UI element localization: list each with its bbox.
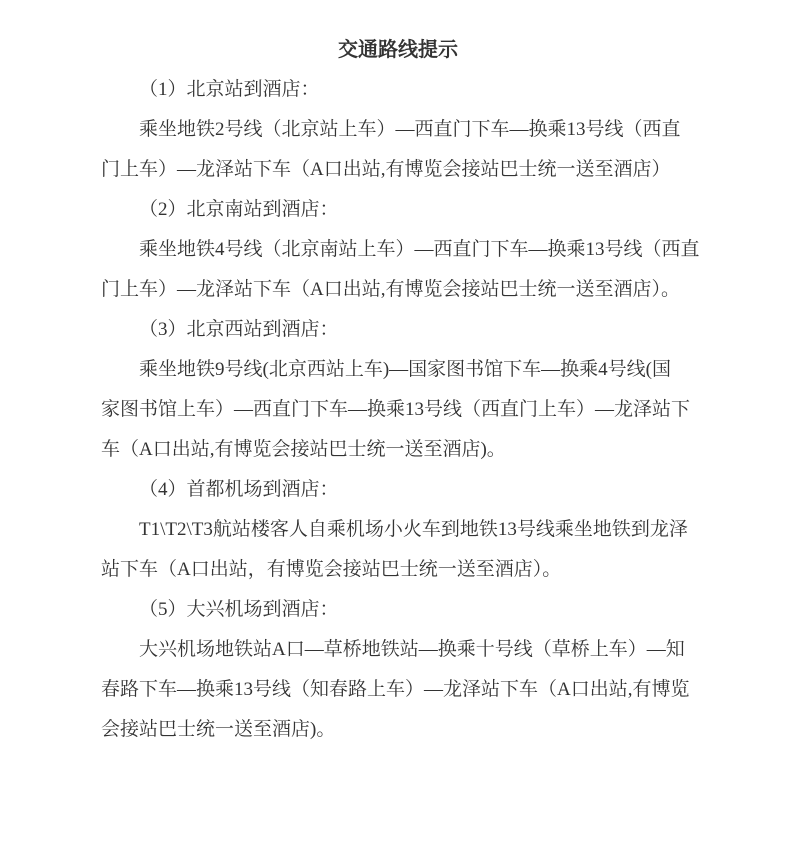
body-line: 家图书馆上车）—西直门下车—换乘13号线（西直门上车）—龙泽站下 xyxy=(101,390,695,430)
section-heading: （5）大兴机场到酒店： xyxy=(101,590,695,630)
body-line: 大兴机场地铁站A口—草桥地铁站—换乘十号线（草桥上车）—知 xyxy=(101,630,695,670)
body-line: 车（A口出站,有博览会接站巴士统一送至酒店)。 xyxy=(101,430,695,470)
body-line: T1\T2\T3航站楼客人自乘机场小火车到地铁13号线乘坐地铁到龙泽 xyxy=(101,510,695,550)
document-body: （1）北京站到酒店：乘坐地铁2号线（北京站上车）—西直门下车—换乘13号线（西直… xyxy=(101,70,695,750)
section-heading: （3）北京西站到酒店： xyxy=(101,310,695,350)
body-line: 会接站巴士统一送至酒店)。 xyxy=(101,710,695,750)
body-line: 乘坐地铁4号线（北京南站上车）—西直门下车—换乘13号线（西直 xyxy=(101,230,695,270)
body-line: 门上车）—龙泽站下车（A口出站,有博览会接站巴士统一送至酒店） xyxy=(101,150,695,190)
body-line: 春路下车—换乘13号线（知春路上车）—龙泽站下车（A口出站,有博览 xyxy=(101,670,695,710)
document-content: 交通路线提示 （1）北京站到酒店：乘坐地铁2号线（北京站上车）—西直门下车—换乘… xyxy=(0,0,785,750)
section-heading: （1）北京站到酒店： xyxy=(101,70,695,110)
body-line: 站下车（A口出站，有博览会接站巴士统一送至酒店）。 xyxy=(101,550,695,590)
body-line: 乘坐地铁2号线（北京站上车）—西直门下车—换乘13号线（西直 xyxy=(101,110,695,150)
document-page: 交通路线提示 （1）北京站到酒店：乘坐地铁2号线（北京站上车）—西直门下车—换乘… xyxy=(0,0,785,846)
section-heading: （2）北京南站到酒店： xyxy=(101,190,695,230)
body-line: 乘坐地铁9号线(北京西站上车)—国家图书馆下车—换乘4号线(国 xyxy=(101,350,695,390)
section-heading: （4）首都机场到酒店： xyxy=(101,470,695,510)
document-title: 交通路线提示 xyxy=(101,30,695,70)
body-line: 门上车）—龙泽站下车（A口出站,有博览会接站巴士统一送至酒店）。 xyxy=(101,270,695,310)
